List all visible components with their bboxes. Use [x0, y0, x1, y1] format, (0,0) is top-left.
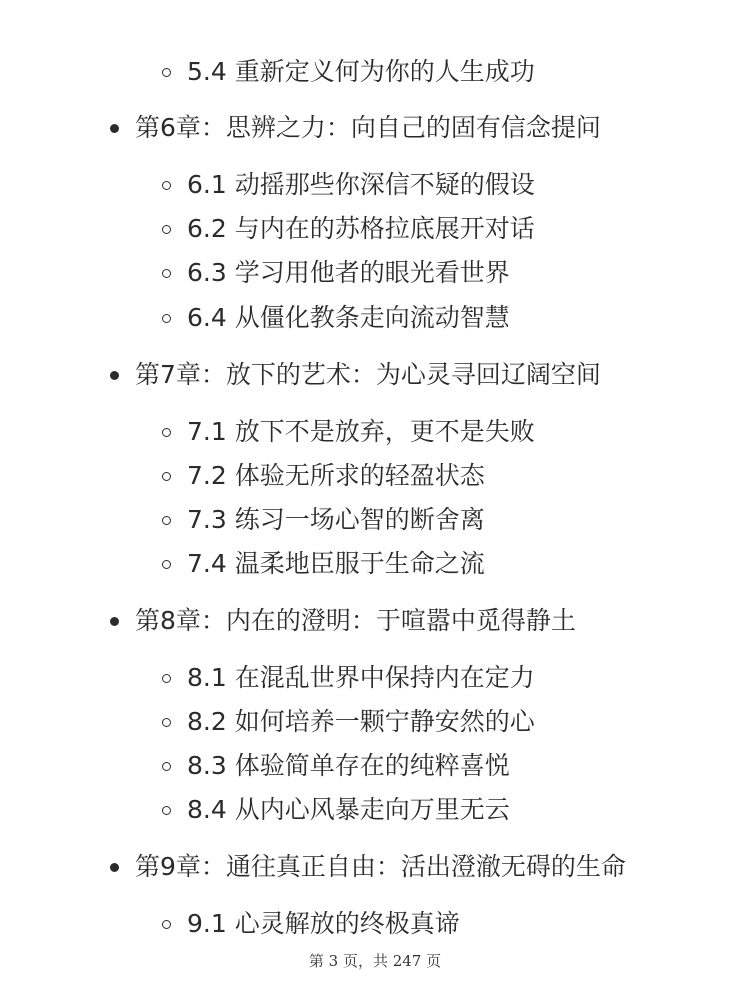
hollow-bullet-icon [162, 314, 171, 323]
hollow-bullet-icon [162, 762, 171, 771]
hollow-bullet-icon [162, 269, 171, 278]
toc-item-text: 9.1 心灵解放的终极真谛 [187, 909, 460, 939]
toc-item-text: 第9章：通往真正自由：活出澄澈无碍的生命 [135, 852, 626, 882]
toc-chapter-item: 第8章：内在的澄明：于喧嚣中觅得静土 [110, 606, 576, 636]
toc-section-item: 8.2 如何培养一颗宁静安然的心 [162, 707, 535, 737]
hollow-bullet-icon [162, 718, 171, 727]
hollow-bullet-icon [162, 560, 171, 569]
filled-bullet-icon [110, 124, 119, 133]
toc-section-item: 8.1 在混乱世界中保持内在定力 [162, 663, 535, 693]
filled-bullet-icon [110, 863, 119, 872]
toc-chapter-item: 第6章：思辨之力：向自己的固有信念提问 [110, 113, 601, 143]
toc-chapter-item: 第7章：放下的艺术：为心灵寻回辽阔空间 [110, 360, 601, 390]
toc-item-text: 8.3 体验简单存在的纯粹喜悦 [187, 751, 510, 781]
toc-item-text: 6.3 学习用他者的眼光看世界 [187, 258, 510, 288]
toc-item-text: 8.1 在混乱世界中保持内在定力 [187, 663, 535, 693]
toc-item-text: 第7章：放下的艺术：为心灵寻回辽阔空间 [135, 360, 601, 390]
hollow-bullet-icon [162, 68, 171, 77]
hollow-bullet-icon [162, 516, 171, 525]
toc-section-item: 6.3 学习用他者的眼光看世界 [162, 258, 510, 288]
toc-section-item: 5.4 重新定义何为你的人生成功 [162, 57, 535, 87]
toc-chapter-item: 第9章：通往真正自由：活出澄澈无碍的生命 [110, 852, 626, 882]
toc-item-text: 6.4 从僵化教条走向流动智慧 [187, 303, 510, 333]
page-indicator: 第 3 页，共 247 页 [0, 950, 750, 971]
toc-section-item: 6.4 从僵化教条走向流动智慧 [162, 303, 510, 333]
toc-section-item: 8.4 从内心风暴走向万里无云 [162, 795, 510, 825]
toc-item-text: 7.3 练习一场心智的断舍离 [187, 505, 485, 535]
hollow-bullet-icon [162, 181, 171, 190]
hollow-bullet-icon [162, 225, 171, 234]
toc-section-item: 9.1 心灵解放的终极真谛 [162, 909, 460, 939]
toc-item-text: 6.1 动摇那些你深信不疑的假设 [187, 170, 535, 200]
toc-item-text: 6.2 与内在的苏格拉底展开对话 [187, 214, 535, 244]
toc-item-text: 7.4 温柔地臣服于生命之流 [187, 549, 485, 579]
toc-section-item: 7.3 练习一场心智的断舍离 [162, 505, 485, 535]
toc-section-item: 7.4 温柔地臣服于生命之流 [162, 549, 485, 579]
toc-item-text: 第6章：思辨之力：向自己的固有信念提问 [135, 113, 601, 143]
toc-section-item: 6.2 与内在的苏格拉底展开对话 [162, 214, 535, 244]
toc-item-text: 5.4 重新定义何为你的人生成功 [187, 57, 535, 87]
toc-item-text: 7.1 放下不是放弃，更不是失败 [187, 417, 535, 447]
toc-section-item: 7.2 体验无所求的轻盈状态 [162, 461, 485, 491]
hollow-bullet-icon [162, 674, 171, 683]
toc-item-text: 7.2 体验无所求的轻盈状态 [187, 461, 485, 491]
toc-item-text: 第8章：内在的澄明：于喧嚣中觅得静土 [135, 606, 576, 636]
hollow-bullet-icon [162, 472, 171, 481]
toc-section-item: 6.1 动摇那些你深信不疑的假设 [162, 170, 535, 200]
hollow-bullet-icon [162, 920, 171, 929]
toc-section-item: 7.1 放下不是放弃，更不是失败 [162, 417, 535, 447]
toc-item-text: 8.2 如何培养一颗宁静安然的心 [187, 707, 535, 737]
hollow-bullet-icon [162, 428, 171, 437]
hollow-bullet-icon [162, 806, 171, 815]
filled-bullet-icon [110, 617, 119, 626]
toc-item-text: 8.4 从内心风暴走向万里无云 [187, 795, 510, 825]
toc-section-item: 8.3 体验简单存在的纯粹喜悦 [162, 751, 510, 781]
filled-bullet-icon [110, 371, 119, 380]
